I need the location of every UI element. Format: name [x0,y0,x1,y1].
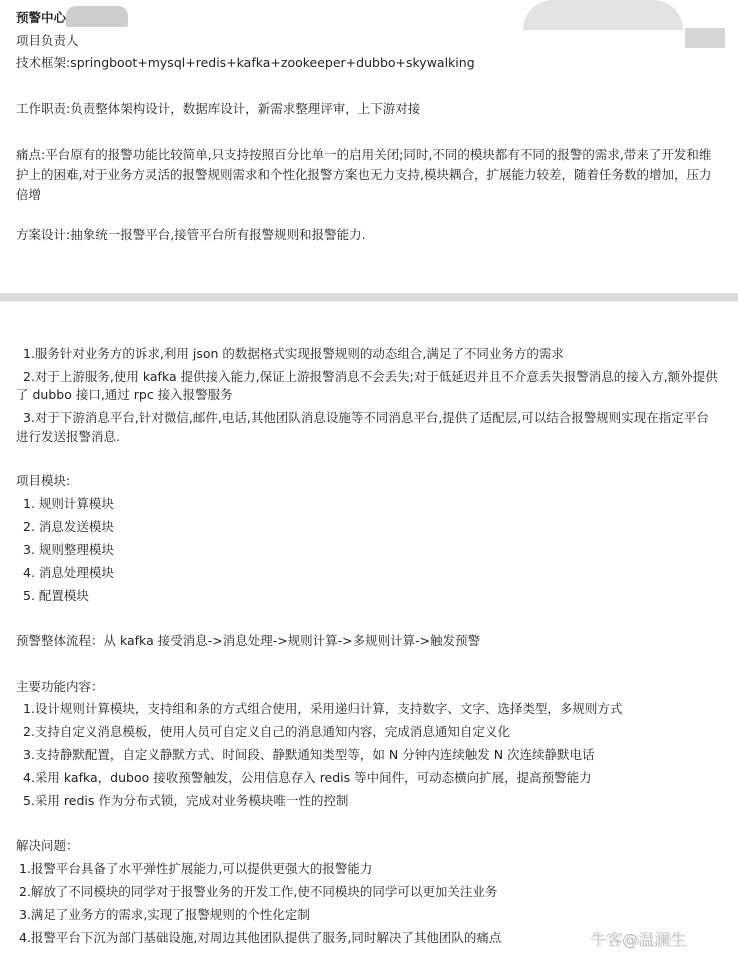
project-title: 预警中心 [16,9,66,27]
pain-points-line-2: 护上的困难,对于业务方灵活的报警规则需求和个性化报警方案也无力支持,模块耦合，扩… [16,166,711,184]
feature-item-5: 5.采用 redis 作为分布式锁，完成对业务模块唯一性的控制 [23,792,348,810]
solution-design: 方案设计:抽象统一报警平台,接管平台所有报警规则和报警能力. [16,226,366,244]
pain-points-line-3: 倍增 [16,186,41,204]
feature-item-1: 1.设计规则计算模块，支持组和条的方式组合使用，采用递归计算，支持数字、文字、选… [23,700,622,718]
modules-heading: 项目模块: [16,472,70,490]
project-role: 项目负责人 [16,32,79,50]
redacted-block-title [66,6,128,27]
solved-item-2: 2.解放了不同模块的同学对于报警业务的开发工作,使不同模块的同学可以更加关注业务 [19,883,497,901]
redacted-block-top-right-small [685,28,725,48]
feature-item-3: 3.支持静默配置，自定义静默方式、时间段、静默通知类型等，如 N 分钟内连续触发… [23,746,595,764]
feature-item-4: 4.采用 kafka，duboo 接收预警触发，公用信息存入 redis 等中间… [23,769,592,787]
section-divider [0,293,738,302]
work-duty: 工作职责:负责整体架构设计，数据库设计，新需求整理评审，上下游对接 [16,100,420,118]
solved-item-1: 1.报警平台具备了水平弹性扩展能力,可以提供更强大的报警能力 [19,860,372,878]
solved-item-3: 3.满足了业务方的需求,实现了报警规则的个性化定制 [19,906,310,924]
pain-points-line-1: 痛点:平台原有的报警功能比较简单,只支持按照百分比单一的启用关闭;同时,不同的模… [16,146,711,164]
feature-item-2: 2.支持自定义消息模板，使用人员可自定义自己的消息通知内容，完成消息通知自定义化 [23,723,510,741]
solved-item-4: 4.报警平台下沉为部门基础设施,对周边其他团队提供了服务,同时解决了其他团队的痛… [19,929,501,947]
design-point-1: 1.服务针对业务方的诉求,利用 json 的数据格式实现报警规则的动态组合,满足… [23,345,564,363]
tech-stack: 技术框架:springboot+mysql+redis+kafka+zookee… [16,54,475,72]
module-item-1: 1. 规则计算模块 [23,495,114,513]
solved-heading: 解决问题： [16,837,79,855]
module-item-2: 2. 消息发送模块 [23,518,114,536]
redacted-block-top-right [523,0,683,30]
module-item-5: 5. 配置模块 [23,587,89,605]
design-point-3-line-2: 进行发送报警消息. [16,428,120,446]
design-point-3-line-1: 3.对于下游消息平台,针对微信,邮件,电话,其他团队消息设施等不同消息平台,提供… [23,409,709,427]
features-heading: 主要功能内容： [16,678,104,696]
alert-flow: 预警整体流程：从 kafka 接受消息->消息处理->规则计算->多规则计算->… [16,632,480,650]
design-point-2-line-1: 2.对于上游服务,使用 kafka 提供接入能力,保证上游报警消息不会丢失;对于… [23,368,718,386]
module-item-3: 3. 规则整理模块 [23,541,114,559]
watermark: 牛客@温澜生 [590,927,686,950]
module-item-4: 4. 消息处理模块 [23,564,114,582]
design-point-2-line-2: 了 dubbo 接口,通过 rpc 接入报警服务 [16,386,233,404]
